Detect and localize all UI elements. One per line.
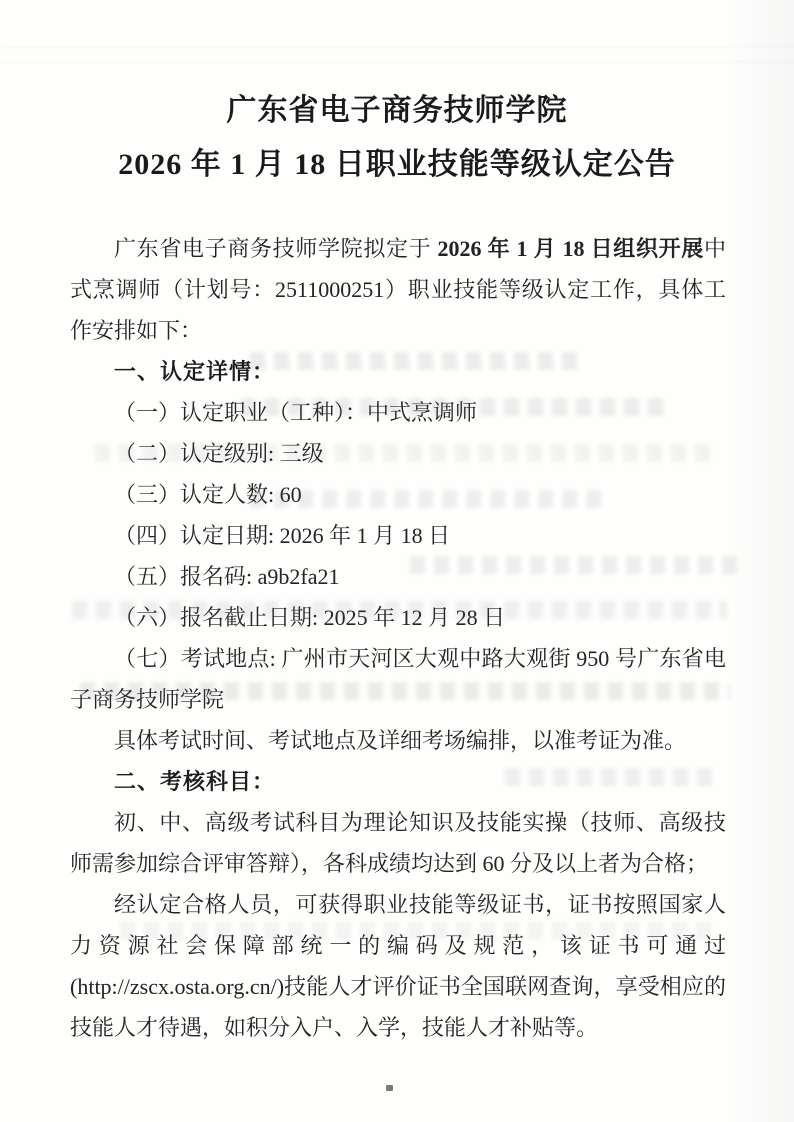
section-heading: 二、考核科目： <box>70 761 726 802</box>
paragraph: （六）报名截止日期: 2025 年 12 月 28 日 <box>70 597 726 638</box>
document-title-line-1: 广东省电子商务技师学院 <box>0 84 794 138</box>
text-run: （一）认定职业（工种）：中式烹调师 <box>114 400 477 425</box>
paragraph: 广东省电子商务技师学院拟定于 2026 年 1 月 18 日组织开展中式烹调师（… <box>70 228 726 351</box>
paragraph: 初、中、高级考试科目为理论知识及技能实操（技师、高级技师需参加综合评审答辩），各… <box>70 802 726 884</box>
document-page: 广东省电子商务技师学院 2026 年 1 月 18 日职业技能等级认定公告 广东… <box>0 0 794 1122</box>
paragraph: （四）认定日期: 2026 年 1 月 18 日 <box>70 515 726 556</box>
text-run: 具体考试时间、考试地点及详细考场编排，以准考证为准。 <box>114 728 686 753</box>
text-run: （三）认定人数: 60 <box>114 482 302 507</box>
text-run: （六）报名截止日期: 2025 年 12 月 28 日 <box>114 605 505 630</box>
paragraph: （七）考试地点: 广州市天河区大观中路大观街 950 号广东省电子商务技师学院 <box>70 638 726 720</box>
text-run: （二）认定级别: 三级 <box>114 441 324 466</box>
scan-streak-artifact <box>0 61 794 63</box>
text-run-bold: 一、认定详情： <box>114 359 275 384</box>
section-heading: 一、认定详情： <box>70 351 726 392</box>
paragraph: （五）报名码: a9b2fa21 <box>70 556 726 597</box>
text-run-bold: 2026 年 1 月 18 日组织开展 <box>437 236 703 261</box>
text-run: （五）报名码: a9b2fa21 <box>114 564 339 589</box>
paragraph: （三）认定人数: 60 <box>70 474 726 515</box>
text-run: （四）认定日期: 2026 年 1 月 18 日 <box>114 523 450 548</box>
text-run: 广东省电子商务技师学院拟定于 <box>114 236 437 261</box>
paragraph: 经认定合格人员，可获得职业技能等级证书，证书按照国家人力资源社会保障部统一的编码… <box>70 884 726 1048</box>
text-run: 经认定合格人员，可获得职业技能等级证书，证书按照国家人力资源社会保障部统一的编码… <box>70 892 726 1040</box>
text-run: （七）考试地点: 广州市天河区大观中路大观街 950 号广东省电子商务技师学院 <box>70 646 726 712</box>
paragraph: （二）认定级别: 三级 <box>70 433 726 474</box>
text-run-bold: 二、考核科目： <box>114 769 275 794</box>
scan-streak-artifact <box>0 46 794 48</box>
text-run: 初、中、高级考试科目为理论知识及技能实操（技师、高级技师需参加综合评审答辩），各… <box>70 810 726 876</box>
paragraph: （一）认定职业（工种）：中式烹调师 <box>70 392 726 433</box>
document-body: 广东省电子商务技师学院拟定于 2026 年 1 月 18 日组织开展中式烹调师（… <box>70 228 726 1048</box>
paragraph: 具体考试时间、考试地点及详细考场编排，以准考证为准。 <box>70 720 726 761</box>
document-title-line-2: 2026 年 1 月 18 日职业技能等级认定公告 <box>0 138 794 192</box>
page-bottom-mark <box>386 1085 393 1091</box>
document-title: 广东省电子商务技师学院 2026 年 1 月 18 日职业技能等级认定公告 <box>0 84 794 192</box>
